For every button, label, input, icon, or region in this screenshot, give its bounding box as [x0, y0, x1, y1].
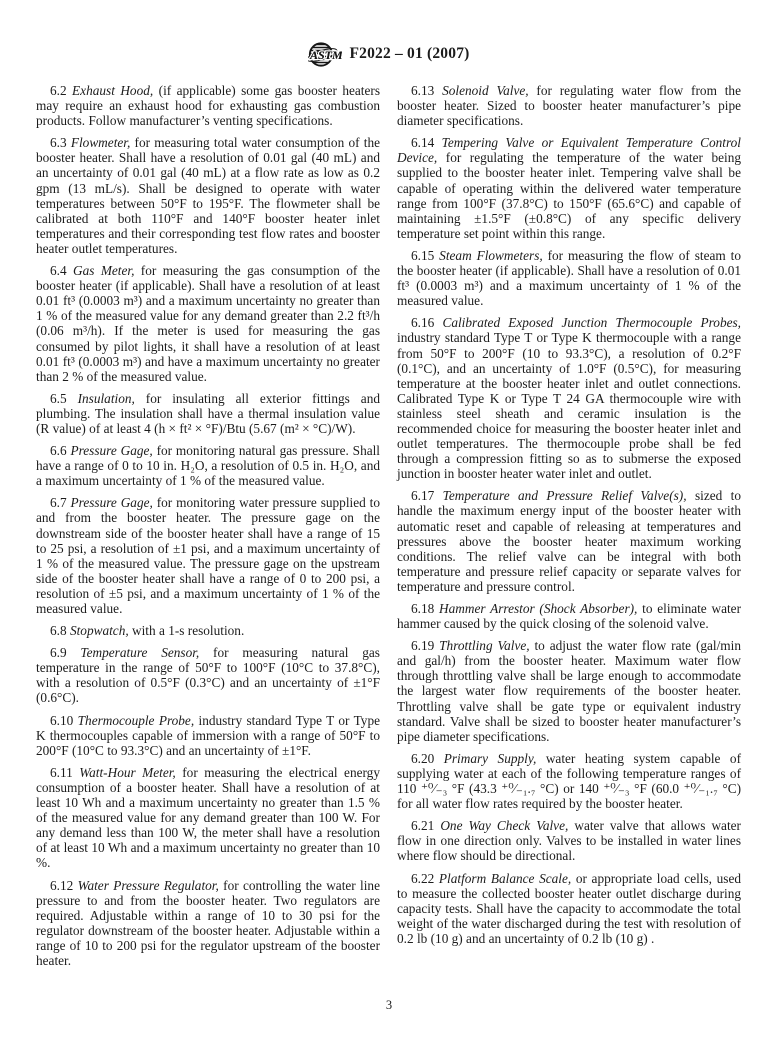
section-number: 6.7: [50, 495, 67, 510]
section-term: Steam Flowmeters,: [434, 248, 542, 263]
document-header: ASTM ASTM F2022 – 01 (2007): [36, 40, 742, 68]
section-number: 6.5: [50, 391, 67, 406]
section-paragraph: 6.17 Temperature and Pressure Relief Val…: [397, 488, 741, 594]
left-column: 6.2 Exhaust Hood, (if applicable) some g…: [36, 83, 380, 975]
section-number: 6.8: [50, 623, 67, 638]
section-term: Exhaust Hood,: [67, 83, 154, 98]
section-paragraph: 6.12 Water Pressure Regulator, for contr…: [36, 878, 380, 969]
section-paragraph: 6.5 Insulation, for insulating all exter…: [36, 391, 380, 436]
section-text: to adjust the water flow rate (gal/min a…: [397, 638, 741, 744]
astm-logo-icon: ASTM ASTM: [308, 41, 342, 68]
section-term: Solenoid Valve,: [434, 83, 528, 98]
two-column-body: 6.2 Exhaust Hood, (if applicable) some g…: [36, 83, 742, 975]
section-number: 6.11: [50, 765, 73, 780]
section-term: Watt-Hour Meter,: [73, 765, 176, 780]
section-term: Stopwatch,: [67, 623, 129, 638]
section-number: 6.3: [50, 135, 67, 150]
section-term: Pressure Gage,: [67, 495, 153, 510]
section-number: 6.9: [50, 645, 67, 660]
section-term: Hammer Arrestor (Shock Absorber),: [434, 601, 637, 616]
section-paragraph: 6.8 Stopwatch, with a 1-s resolution.: [36, 623, 380, 638]
section-paragraph: 6.14 Tempering Valve or Equivalent Tempe…: [397, 135, 741, 241]
section-paragraph: 6.3 Flowmeter, for measuring total water…: [36, 135, 380, 256]
section-paragraph: 6.15 Steam Flowmeters, for measuring the…: [397, 248, 741, 308]
section-term: Thermocouple Probe,: [73, 713, 194, 728]
section-number: 6.16: [411, 315, 434, 330]
section-text: industry standard Type T or Type K therm…: [397, 330, 741, 481]
section-paragraph: 6.19 Throttling Valve, to adjust the wat…: [397, 638, 741, 744]
section-term: Primary Supply,: [434, 751, 536, 766]
section-number: 6.20: [411, 751, 434, 766]
section-term: Water Pressure Regulator,: [73, 878, 219, 893]
section-paragraph: 6.13 Solenoid Valve, for regulating wate…: [397, 83, 741, 128]
section-number: 6.18: [411, 601, 434, 616]
section-text: for measuring the electrical energy cons…: [36, 765, 380, 871]
section-number: 6.15: [411, 248, 434, 263]
section-text: sized to handle the maximum energy input…: [397, 488, 741, 594]
section-text: for measuring the gas consumption of the…: [36, 263, 380, 384]
section-paragraph: 6.9 Temperature Sensor, for measuring na…: [36, 645, 380, 705]
section-paragraph: 6.10 Thermocouple Probe, industry standa…: [36, 713, 380, 758]
section-paragraph: 6.21 One Way Check Valve, water valve th…: [397, 818, 741, 863]
section-term: Temperature and Pressure Relief Valve(s)…: [434, 488, 686, 503]
section-text: for regulating the temperature of the wa…: [397, 150, 741, 240]
section-number: 6.17: [411, 488, 434, 503]
section-term: Calibrated Exposed Junction Thermocouple…: [434, 315, 741, 330]
section-number: 6.4: [50, 263, 67, 278]
document-page: ASTM ASTM F2022 – 01 (2007) 6.2 Exhaust …: [0, 0, 778, 1041]
section-term: Gas Meter,: [67, 263, 135, 278]
section-number: 6.19: [411, 638, 434, 653]
section-term: One Way Check Valve,: [434, 818, 568, 833]
section-paragraph: 6.4 Gas Meter, for measuring the gas con…: [36, 263, 380, 384]
section-term: Throttling Valve,: [434, 638, 529, 653]
page-number: 3: [0, 998, 778, 1013]
section-paragraph: 6.2 Exhaust Hood, (if applicable) some g…: [36, 83, 380, 128]
section-number: 6.14: [411, 135, 434, 150]
section-number: 6.21: [411, 818, 434, 833]
section-paragraph: 6.6 Pressure Gage, for monitoring natura…: [36, 443, 380, 488]
section-term: Flowmeter,: [67, 135, 131, 150]
right-column: 6.13 Solenoid Valve, for regulating wate…: [397, 83, 741, 975]
section-paragraph: 6.16 Calibrated Exposed Junction Thermoc…: [397, 315, 741, 481]
section-number: 6.2: [50, 83, 67, 98]
section-number: 6.13: [411, 83, 434, 98]
section-paragraph: 6.18 Hammer Arrestor (Shock Absorber), t…: [397, 601, 741, 631]
section-paragraph: 6.7 Pressure Gage, for monitoring water …: [36, 495, 380, 616]
section-term: Platform Balance Scale,: [434, 871, 571, 886]
section-paragraph: 6.22 Platform Balance Scale, or appropri…: [397, 871, 741, 946]
section-text: with a 1-s resolution.: [129, 623, 245, 638]
section-term: Insulation,: [67, 391, 135, 406]
section-number: 6.6: [50, 443, 67, 458]
section-number: 6.10: [50, 713, 73, 728]
section-text: for monitoring water pressure supplied t…: [36, 495, 380, 616]
standard-designation: F2022 – 01 (2007): [349, 45, 469, 63]
section-number: 6.12: [50, 878, 73, 893]
section-term: Temperature Sensor,: [67, 645, 200, 660]
section-text: for measuring total water consumption of…: [36, 135, 380, 256]
section-paragraph: 6.11 Watt-Hour Meter, for measuring the …: [36, 765, 380, 871]
svg-text:ASTM: ASTM: [309, 48, 342, 62]
section-term: Pressure Gage,: [67, 443, 153, 458]
section-paragraph: 6.20 Primary Supply, water heating syste…: [397, 751, 741, 811]
section-number: 6.22: [411, 871, 434, 886]
